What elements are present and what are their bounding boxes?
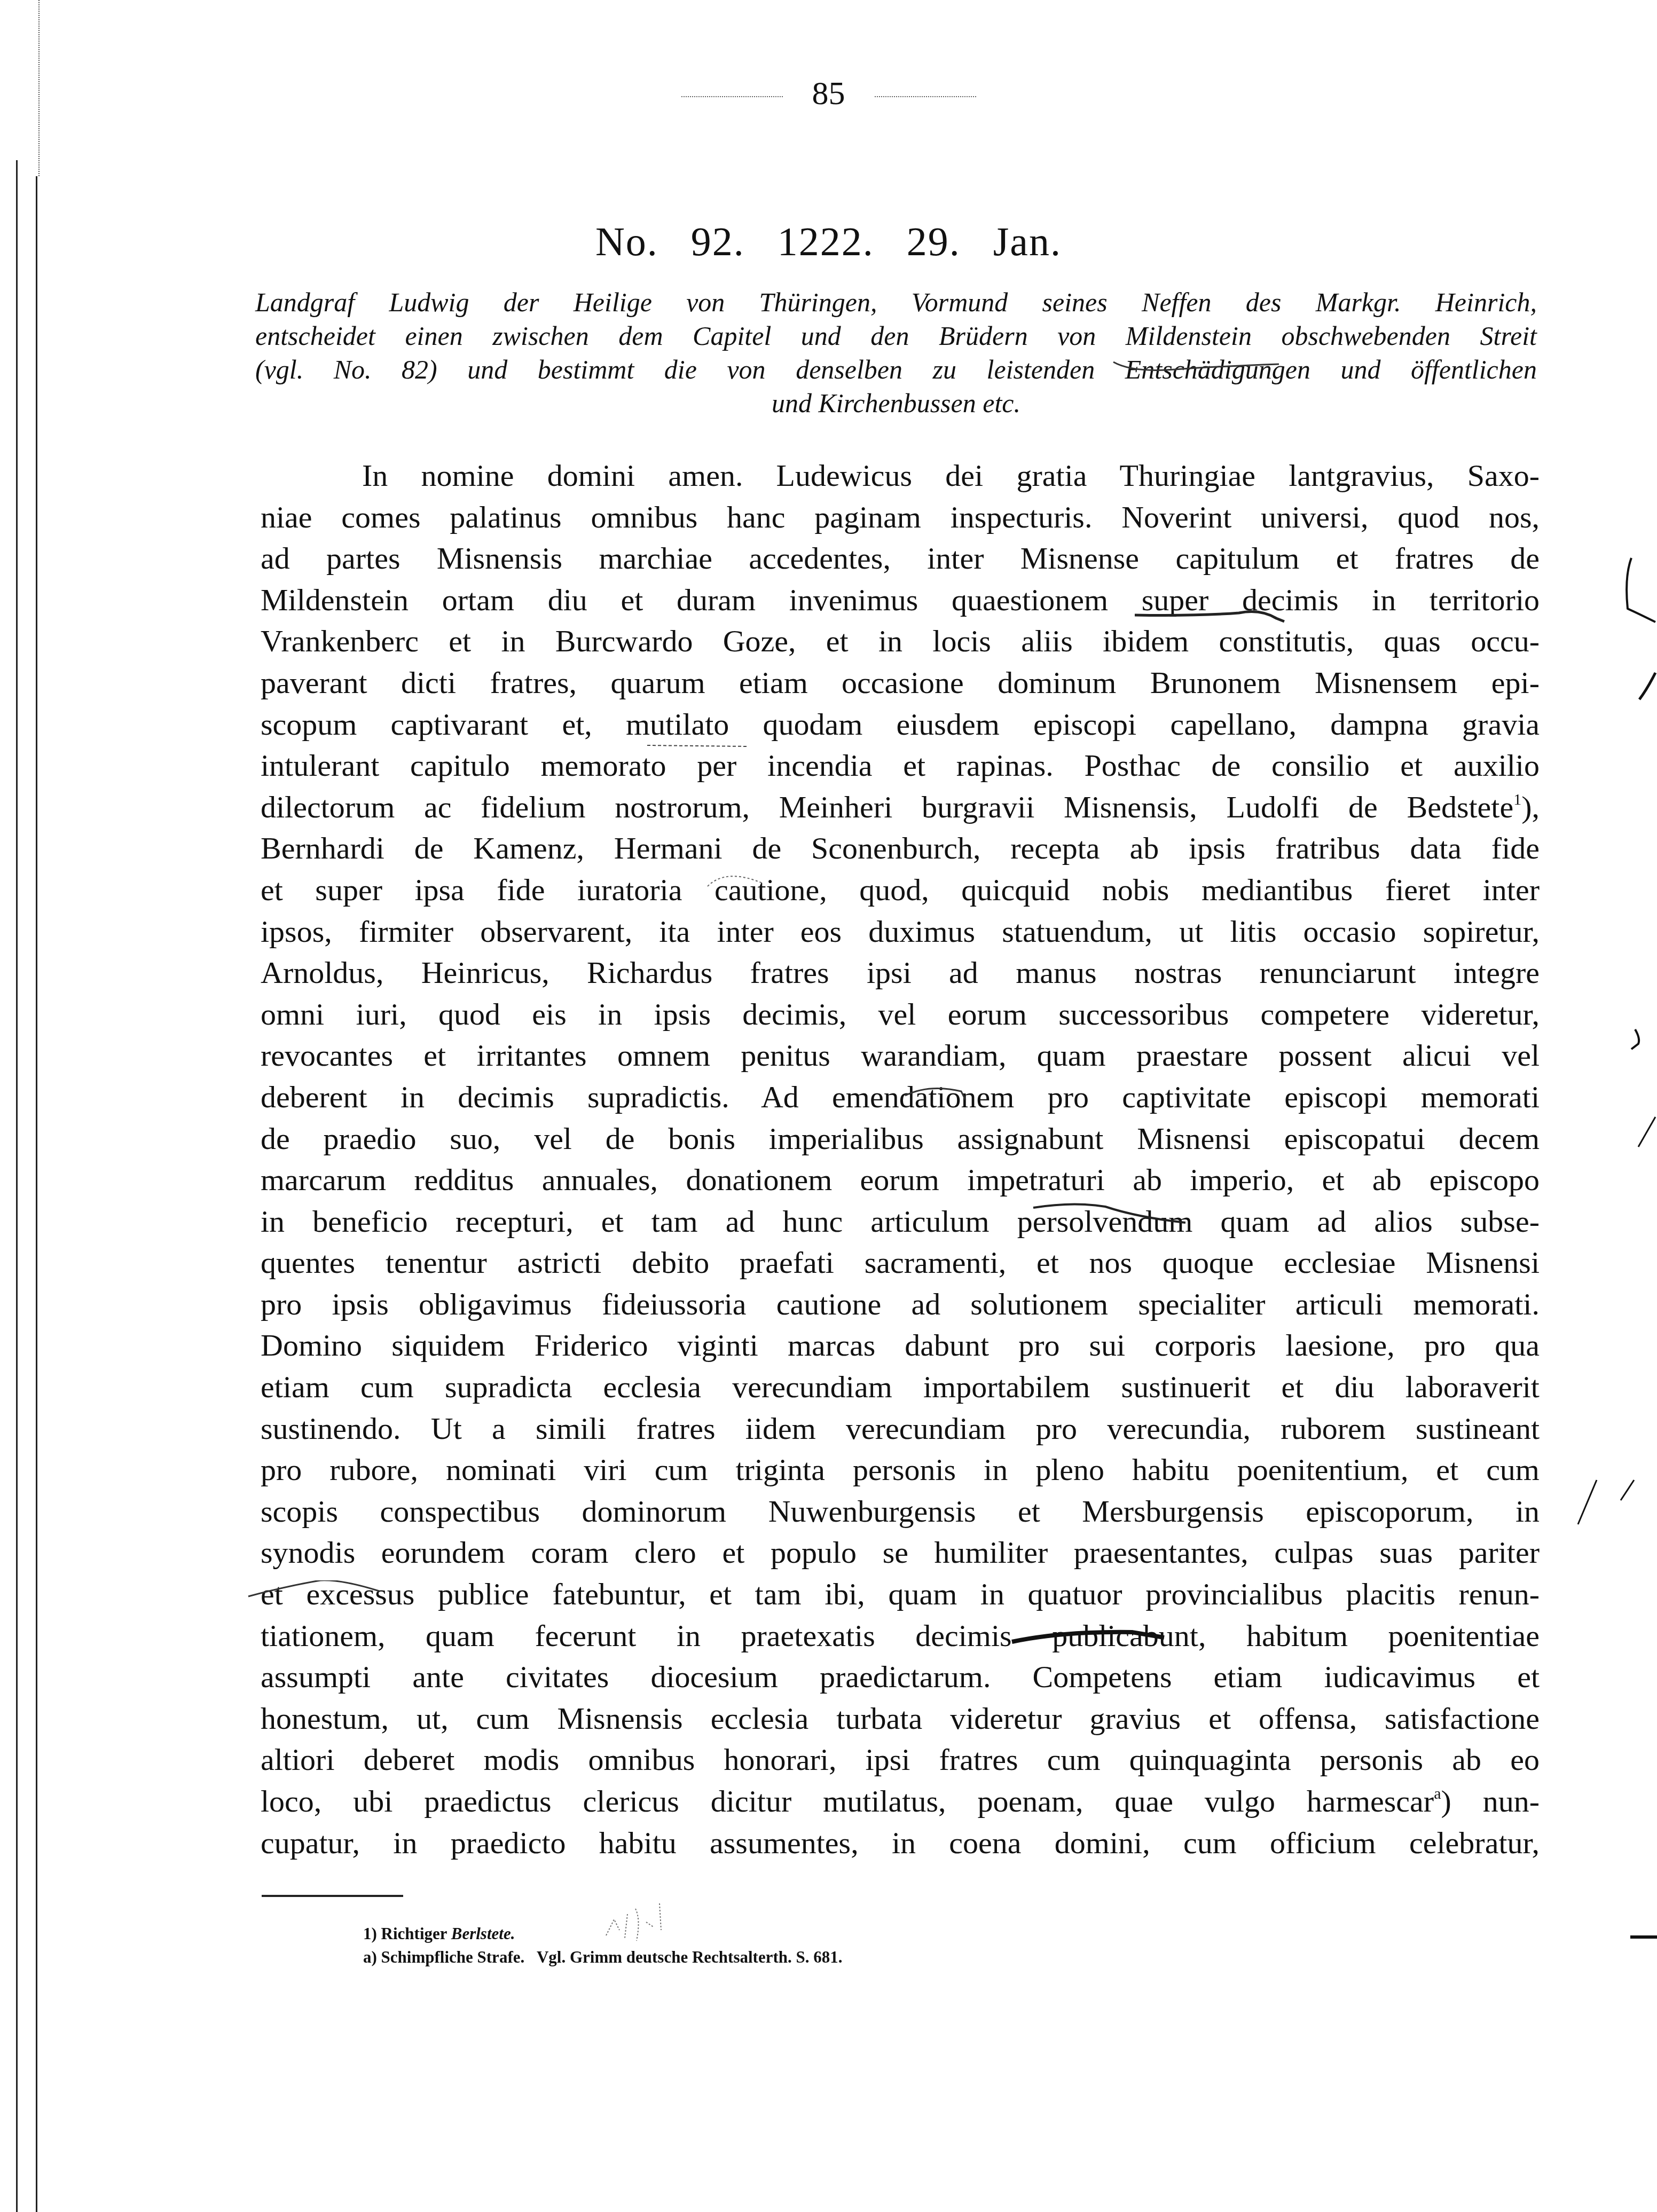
text-line: et super ipsa fide iuratoria cautione, q… (261, 869, 1540, 911)
text-line: omni iuri, quod eis in ipsis decimis, ve… (261, 994, 1540, 1035)
footnote-separator (262, 1895, 403, 1897)
charter-text: In nomine domini amen. Ludewicus dei gra… (261, 455, 1540, 1863)
footnote-1: 1) Richtiger Berlstete. (363, 1922, 1324, 1946)
text-line: sustinendo. Ut a simili fratres iidem ve… (261, 1408, 1540, 1450)
scan-edge-mark (1630, 1935, 1657, 1939)
text-line: synodis eorundem coram clero et populo s… (261, 1532, 1540, 1573)
pencil-underline-eorundem (246, 1580, 384, 1607)
text-line-with-footnote: dilectorum ac fidelium nostrorum, Meinhe… (261, 786, 1540, 828)
text-line: altiori deberet modis omnibus honorari, … (261, 1739, 1540, 1781)
footnote-ref-a: a (1434, 1785, 1441, 1802)
text-line: ipsos, firmiter observarent, ita inter e… (261, 911, 1540, 953)
header-dash-right (875, 96, 976, 97)
page-number: 85 (812, 75, 845, 112)
binding-rule-inner (36, 176, 37, 2212)
pencil-mark-cautione (705, 868, 769, 889)
footnote-italic: Berlstete. (451, 1924, 515, 1943)
document-number: No. 92. (595, 219, 745, 264)
regest-summary: Landgraf Ludwig der Heilige von Thüringe… (255, 286, 1537, 420)
margin-mark-hook (1629, 1028, 1650, 1052)
pencil-mark-emendationem (902, 1084, 972, 1105)
text-line: niae comes palatinus omnibus hanc pagina… (261, 497, 1540, 538)
document-year: 1222. (778, 219, 874, 264)
pencil-underline-persolvendum (1031, 1201, 1191, 1228)
text-line: intulerant capitulo memorato per incendi… (261, 745, 1540, 786)
text-line: paverant dicti fratres, quarum etiam occ… (261, 662, 1540, 704)
text-line: scopis conspectibus dominorum Nuwenburge… (261, 1491, 1540, 1532)
footnote-text: Richtiger (381, 1924, 447, 1943)
footnote-a: a) Schimpfliche Strafe. Vgl. Grimm deuts… (363, 1946, 1324, 1969)
page-number-header: 85 (0, 75, 1657, 113)
pencil-underline-super-decimis (1132, 609, 1303, 630)
text-line: Domino siquidem Friderico viginti marcas… (261, 1325, 1540, 1366)
regest-line: entscheidet einen zwischen dem Capitel u… (255, 319, 1537, 353)
text-line: honestum, ut, cum Misnensis ecclesia tur… (261, 1698, 1540, 1739)
text-line: cupatur, in praedicto habitu assumentes,… (261, 1822, 1540, 1864)
footnotes: 1) Richtiger Berlstete. a) Schimpfliche … (363, 1922, 1324, 1969)
text-line: scopum captivarant et, mutilato quodam e… (261, 704, 1540, 745)
margin-mark-slash (1634, 1116, 1657, 1148)
text-line-suffix: ) nun- (1441, 1784, 1540, 1819)
pencil-mark-memorato (646, 742, 753, 753)
margin-mark-bracket (1623, 555, 1657, 705)
pencil-underline-mildenstein (1111, 358, 1282, 374)
document-date: 29. Jan. (907, 219, 1062, 264)
regest-line: (vgl. No. 82) und bestimmt die von dense… (255, 353, 1537, 387)
text-line: assumpti ante civitates diocesium praedi… (261, 1656, 1540, 1698)
margin-mark-double-slash (1575, 1479, 1639, 1527)
header-dash-left (681, 96, 783, 97)
text-line: Vrankenberc et in Burcwardo Goze, et in … (261, 620, 1540, 662)
text-line: revocantes et irritantes omnem penitus w… (261, 1035, 1540, 1076)
footnote-mark: 1) (363, 1924, 377, 1943)
footnote-mark: a) (363, 1948, 377, 1966)
text-line: pro rubore, nominati viri cum triginta p… (261, 1449, 1540, 1491)
document-heading: No. 92. 1222. 29. Jan. (0, 219, 1657, 265)
pencil-scribble-signature (603, 1898, 673, 1949)
text-line-content: dilectorum ac fidelium nostrorum, Meinhe… (261, 790, 1513, 824)
footnote-text: Schimpfliche Strafe. Vgl. Grimm deutsche… (381, 1948, 843, 1966)
footnote-ref-1: 1 (1513, 791, 1521, 808)
text-line: etiam cum supradicta ecclesia verecundia… (261, 1366, 1540, 1408)
text-line: pro ipsis obligavimus fideiussoria cauti… (261, 1284, 1540, 1325)
text-line: de praedio suo, vel de bonis imperialibu… (261, 1118, 1540, 1160)
text-line-suffix: ), (1521, 790, 1540, 824)
text-line: ad partes Misnensis marchiae accedentes,… (261, 538, 1540, 579)
binding-rule-left (16, 160, 18, 2212)
text-line: marcarum redditus annuales, donationem e… (261, 1159, 1540, 1201)
text-line: Bernhardi de Kamenz, Hermani de Sconenbu… (261, 828, 1540, 869)
regest-line: und Kirchenbussen etc. (255, 387, 1537, 420)
text-line: deberent in decimis supradictis. Ad emen… (261, 1076, 1540, 1118)
text-line: quentes tenentur astricti debito praefat… (261, 1242, 1540, 1284)
text-line: tiationem, quam fecerunt in praetexatis … (261, 1615, 1540, 1657)
text-line: in beneficio recepturi, et tam ad hunc a… (261, 1201, 1540, 1242)
text-line: Arnoldus, Heinricus, Richardus fratres i… (261, 952, 1540, 994)
text-line-content: loco, ubi praedictus clericus dicitur mu… (261, 1784, 1434, 1819)
regest-line: Landgraf Ludwig der Heilige von Thüringe… (255, 286, 1537, 319)
text-line-with-footnote: loco, ubi praedictus clericus dicitur mu… (261, 1781, 1540, 1822)
text-line: Mildenstein ortam diu et duram invenimus… (261, 579, 1540, 621)
text-line: In nomine domini amen. Ludewicus dei gra… (261, 455, 1540, 497)
pencil-underline-quatuor (1009, 1626, 1169, 1652)
text-line: et excessus publice fatebuntur, et tam i… (261, 1573, 1540, 1615)
